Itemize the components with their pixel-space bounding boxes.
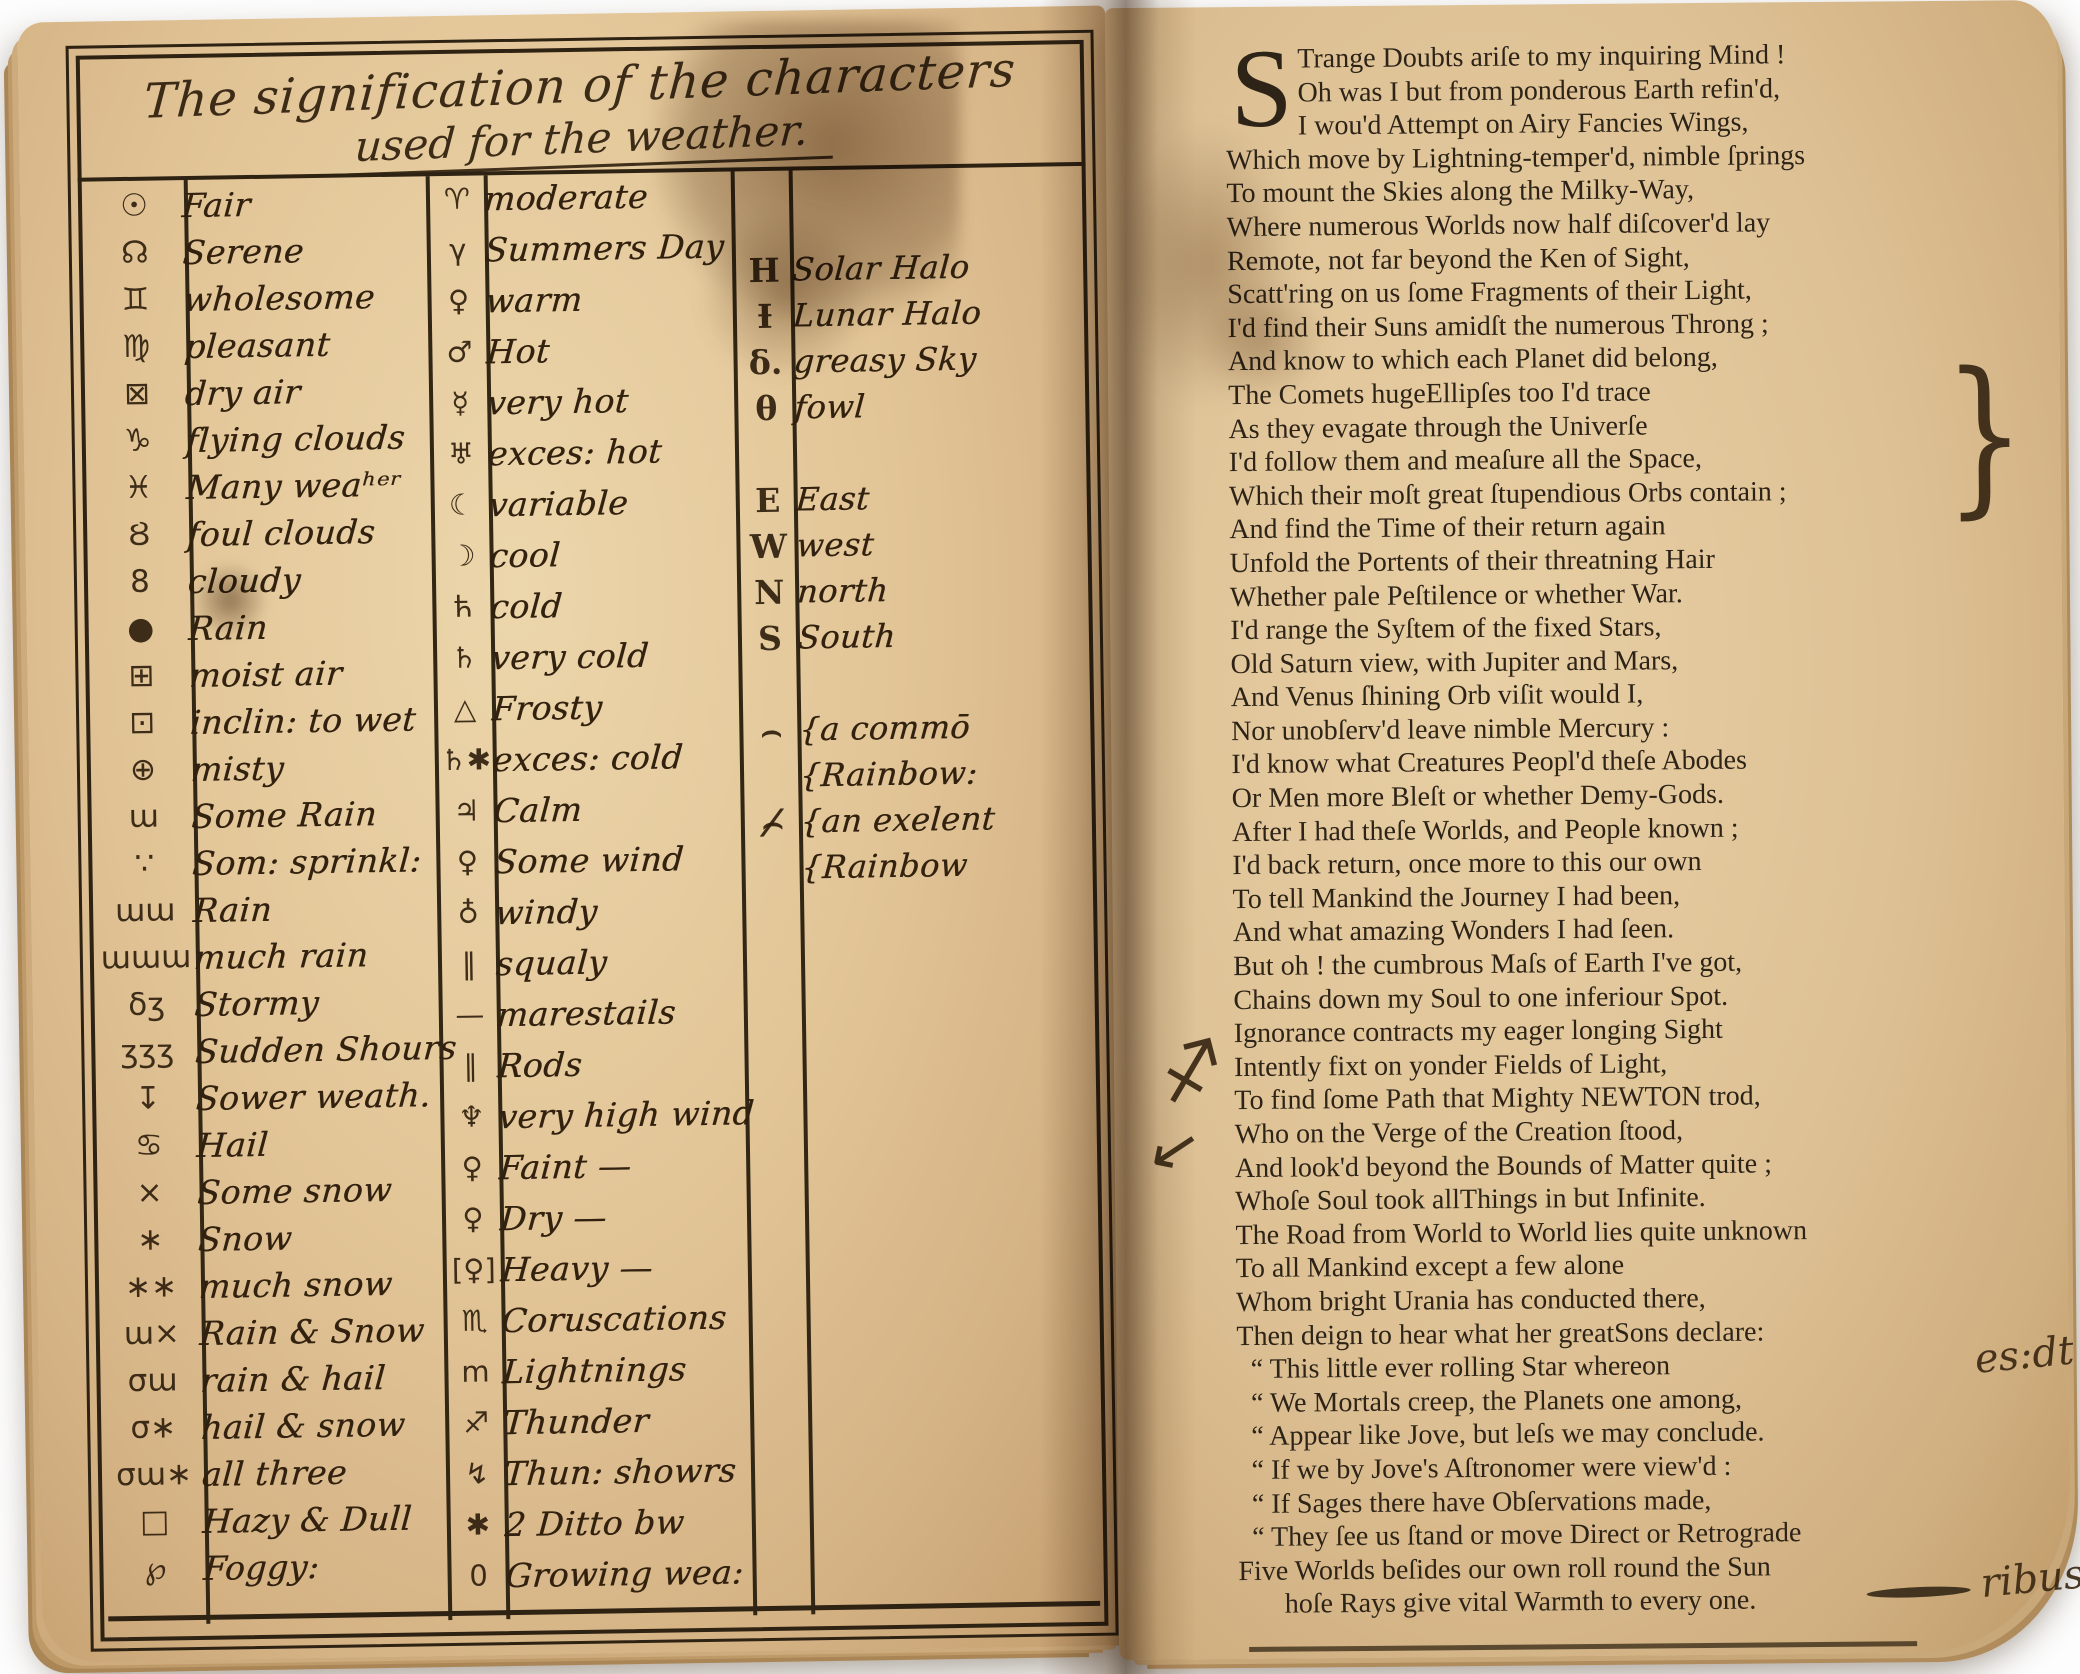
- weather-symbol-icon: ♓: [90, 472, 186, 505]
- margin-note: ribus: [1979, 1551, 2080, 1607]
- table-row: ɯ× Rain & Snow: [103, 1306, 442, 1358]
- weather-symbol-icon: ♅: [434, 439, 488, 469]
- weather-symbol-icon: ‖: [442, 949, 496, 979]
- table-row: ☉ Fair: [86, 178, 425, 230]
- weather-symbol-icon: [746, 867, 802, 868]
- table-row: ∥ Rods: [443, 1036, 743, 1092]
- weather-label: inclin: to wet: [189, 699, 434, 742]
- table-row: ∵ Som: sprinkl:: [96, 836, 435, 888]
- table-row: σɯ∗ all three: [106, 1447, 445, 1499]
- weather-label: very hot: [486, 379, 734, 422]
- weather-symbol-icon: ♊: [87, 284, 183, 317]
- table-row: — marestails: [442, 985, 742, 1041]
- weather-symbol-icon: 0: [451, 1561, 505, 1591]
- weather-label: cool: [488, 532, 736, 575]
- weather-label: Many weaʰᵉʳ: [185, 464, 430, 507]
- weather-symbol-icon: ☾: [435, 490, 489, 520]
- weather-label: foul clouds: [186, 511, 431, 554]
- table-row: δʒ Stormy: [98, 977, 437, 1029]
- weather-label: Hazy & Dull: [201, 1498, 446, 1541]
- table-row: ⊡ inclin: to wet: [94, 695, 433, 747]
- weather-symbol-icon: E: [740, 483, 797, 517]
- weather-label: west: [795, 522, 1087, 565]
- weather-symbol-icon: ♐: [449, 1408, 503, 1438]
- weather-symbol-icon: ♋: [101, 1130, 197, 1163]
- table-row: ♑ flying clouds: [89, 413, 428, 465]
- weather-symbol-icon: ћ: [436, 592, 490, 622]
- table-row: ⌢̸ {an exelent: [744, 794, 1090, 845]
- weather-label: very cold: [490, 634, 738, 677]
- weather-symbol-icon: W: [740, 529, 797, 563]
- weather-symbol-icon: ♄: [437, 643, 491, 673]
- table-row: [742, 656, 1088, 707]
- weather-label: greasy Sky: [792, 338, 1084, 381]
- weather-label: warm: [484, 277, 732, 320]
- poem: S Trange Doubts ariſe to my inquiring Mi…: [1225, 37, 1999, 1622]
- weather-symbol-icon: ☉: [86, 190, 182, 223]
- weather-label: [795, 449, 1084, 454]
- weather-label: Hot: [485, 328, 733, 371]
- table-row: ♁ windy: [441, 883, 741, 939]
- weather-label: squaly: [495, 940, 743, 983]
- table-row: θ fowl: [738, 380, 1084, 431]
- weather-symbol-icon: ⊕: [95, 754, 191, 787]
- weather-label: 2 Ditto bw: [503, 1501, 751, 1544]
- table-row: ↯ Thun: showrs: [450, 1444, 750, 1500]
- table-row: δ. greasy Sky: [737, 334, 1083, 385]
- table-row: ♀ Some wind: [440, 832, 740, 888]
- table-row: ☿ very hot: [433, 373, 733, 429]
- weather-symbol-icon: θ: [738, 391, 795, 425]
- table-row: S South: [742, 610, 1088, 661]
- table-row: {Rainbow: [745, 840, 1091, 891]
- weather-label: Faint —: [498, 1144, 746, 1187]
- weather-symbol-icon: ♃: [439, 796, 493, 826]
- table-row: ♃ Calm: [439, 781, 739, 837]
- weather-label: rain & hail: [199, 1357, 444, 1400]
- page-bottom-rule: [1249, 1641, 1917, 1652]
- weather-symbol-icon: δʒ: [98, 989, 194, 1022]
- weather-label: Summers Day: [483, 226, 731, 269]
- weather-symbol-icon: [743, 683, 799, 684]
- weather-label: Some Rain: [190, 793, 435, 836]
- weather-label: cloudy: [187, 558, 432, 601]
- weather-table: The signification of the characters used…: [76, 40, 1109, 1642]
- table-row: ♀ Faint —: [445, 1138, 745, 1194]
- table-row: ● Rain: [92, 601, 431, 653]
- weather-symbol-icon: ɯ: [95, 801, 191, 834]
- weather-label: Solar Halo: [791, 246, 1083, 289]
- weather-label: Rain: [187, 605, 432, 648]
- table-row: ⊕ misty: [95, 742, 434, 794]
- table-row: ⊠ dry air: [89, 366, 428, 418]
- weather-label: Some wind: [493, 838, 741, 881]
- table-row: ℘ Foggy:: [107, 1541, 446, 1593]
- weather-symbol-icon: ♁: [441, 898, 495, 928]
- weather-symbol-icon: ●: [92, 613, 188, 646]
- table-row: × Some snow: [101, 1165, 440, 1217]
- weather-label: Heavy —: [499, 1246, 747, 1289]
- weather-symbol-icon: ⊡: [94, 707, 190, 740]
- weather-label: hail & snow: [200, 1404, 445, 1447]
- weather-symbol-icon: ☽: [435, 541, 489, 571]
- weather-label: Som: sprinkl:: [191, 840, 436, 883]
- weather-label: Growing wea:: [504, 1552, 752, 1595]
- weather-label: Lunar Halo: [792, 292, 1084, 335]
- weather-symbol-icon: Ȣ: [91, 519, 187, 552]
- left-page: The signification of the characters used…: [17, 6, 1131, 1663]
- weather-symbol-icon: ℘: [107, 1553, 203, 1586]
- weather-label: exces: cold: [491, 736, 739, 779]
- table-row: σ∗ hail & snow: [105, 1400, 444, 1452]
- table-row: ɯɯɯ much rain: [98, 930, 437, 982]
- weather-label: {an exelent: [799, 798, 1091, 841]
- weather-symbol-icon: △: [438, 694, 492, 724]
- weather-label: cold: [489, 583, 737, 626]
- weather-symbol-icon: ✱: [451, 1510, 505, 1540]
- weather-label: much snow: [198, 1263, 443, 1306]
- weather-label: East: [794, 476, 1086, 519]
- weather-symbol-icon: ʒʒʒ: [99, 1036, 195, 1069]
- table-row: [739, 426, 1085, 477]
- weather-symbol-icon: ♍: [88, 331, 184, 364]
- symbol-column-2: ♈ moderate γ Summers Day ♀ warm ♂: [430, 169, 751, 1602]
- weather-symbol-icon: ♀: [440, 847, 494, 877]
- right-page: S Trange Doubts ariſe to my inquiring Mi…: [1105, 0, 2071, 1660]
- comet-brace: }: [1943, 350, 2026, 521]
- weather-symbol-icon: ♄✱: [439, 745, 493, 775]
- weather-label: dry air: [184, 370, 429, 413]
- table-row: ɯ Some Rain: [95, 789, 434, 841]
- table-row: ♀ Dry —: [446, 1189, 746, 1245]
- weather-label: {a commō: [798, 706, 1090, 749]
- weather-label: {Rainbow: [800, 844, 1092, 887]
- weather-label: Thun: showrs: [503, 1450, 751, 1493]
- weather-symbol-icon: [744, 775, 800, 776]
- weather-label: Snow: [197, 1216, 442, 1259]
- weather-label: all three: [201, 1451, 446, 1494]
- weather-symbol-icon: ⊠: [89, 378, 185, 411]
- weather-symbol-icon: ∗∗: [103, 1271, 199, 1304]
- weather-label: [799, 679, 1088, 684]
- weather-label: Serene: [181, 229, 426, 272]
- weather-symbol-icon: ⊞: [93, 660, 189, 693]
- table-row: H Solar Halo: [736, 242, 1082, 293]
- weather-label: Foggy:: [202, 1545, 447, 1588]
- handwritten-arrow-down-icon: ↙: [1142, 1107, 1207, 1189]
- weather-symbol-icon: σɯ: [104, 1365, 200, 1398]
- weather-symbol-icon: —: [443, 1000, 497, 1030]
- weather-symbol-icon: H: [736, 253, 793, 287]
- weather-label: north: [796, 568, 1088, 611]
- table-row: 8 cloudy: [92, 554, 431, 606]
- weather-symbol-icon: ⌢̸: [745, 805, 802, 839]
- weather-label: Stormy: [193, 981, 438, 1024]
- table-row: ɯɯ Rain: [97, 883, 436, 935]
- book-scan: The signification of the characters used…: [0, 0, 2080, 1674]
- table-row: ♏ Coruscations: [447, 1291, 747, 1347]
- table-row: ʒʒʒ Sudden Shours: [99, 1024, 438, 1076]
- weather-symbol-icon: S: [742, 621, 799, 655]
- symbol-column-3: H Solar Halo Ɨ Lunar Halo δ. greasy Sky: [736, 242, 1091, 891]
- weather-label: Dry —: [499, 1195, 747, 1238]
- table-row: ♆ very high wind: [444, 1087, 744, 1143]
- weather-symbol-icon: ☊: [87, 237, 183, 270]
- weather-symbol-icon: N: [741, 575, 798, 609]
- weather-symbol-icon: δ.: [737, 345, 794, 379]
- weather-symbol-icon: σɯ∗: [106, 1459, 202, 1492]
- weather-label: windy: [494, 889, 742, 932]
- weather-label: variable: [487, 481, 735, 524]
- weather-symbol-icon: ɯɯ: [97, 895, 193, 928]
- weather-label: Rain: [192, 887, 437, 930]
- table-row: 0 Growing wea:: [451, 1546, 751, 1602]
- weather-label: pleasant: [183, 323, 428, 366]
- weather-label: moderate: [483, 175, 731, 218]
- table-row: ♄ very cold: [437, 628, 737, 684]
- table-row: △ Frosty: [438, 679, 738, 735]
- table-row: γ Summers Day: [430, 220, 730, 276]
- table-row: ∗∗ much snow: [103, 1259, 442, 1311]
- table-row: □ Hazy & Dull: [106, 1494, 445, 1546]
- weather-label: Fair: [181, 182, 426, 225]
- weather-symbol-icon: ⌢: [743, 713, 800, 747]
- weather-label: Sower weath.: [195, 1075, 440, 1118]
- table-row: ♈ moderate: [430, 169, 730, 225]
- weather-symbol-icon: ☿: [433, 388, 487, 418]
- table-row: ♀ warm: [431, 271, 731, 327]
- weather-label: very high wind: [497, 1093, 756, 1136]
- weather-symbol-icon: ♑: [90, 425, 186, 458]
- weather-symbol-icon: ↯: [450, 1459, 504, 1489]
- weather-symbol-icon: ↧: [100, 1083, 196, 1116]
- table-row: N north: [741, 564, 1087, 615]
- table-row: ♍ pleasant: [88, 319, 427, 371]
- table-row: ♅ exces: hot: [434, 424, 734, 480]
- weather-label: Rain & Snow: [198, 1310, 443, 1353]
- weather-label: Rods: [496, 1042, 744, 1085]
- weather-symbol-icon: ∗: [102, 1224, 198, 1257]
- table-row: ☾ variable: [434, 475, 734, 531]
- weather-symbol-icon: ♂: [432, 337, 486, 367]
- weather-label: wholesome: [182, 276, 427, 319]
- symbol-column-1: ☉ Fair ☊ Serene ♊ wholesome ♍: [86, 178, 446, 1593]
- weather-label: Some snow: [196, 1169, 441, 1212]
- weather-symbol-icon: ♀: [445, 1153, 499, 1183]
- table-row: ↧ Sower weath.: [100, 1071, 439, 1123]
- weather-label: Coruscations: [500, 1297, 748, 1340]
- weather-label: {Rainbow:: [799, 752, 1091, 795]
- weather-label: Thunder: [502, 1399, 750, 1442]
- weather-symbol-icon: Ɨ: [737, 299, 794, 333]
- margin-note: es:dt: [1973, 1328, 2076, 1383]
- weather-label: fowl: [793, 384, 1085, 427]
- weather-label: Sudden Shours: [194, 1028, 458, 1071]
- weather-label: exces: hot: [487, 430, 735, 473]
- weather-symbol-icon: ♀: [446, 1204, 500, 1234]
- table-row: Ɨ Lunar Halo: [737, 288, 1083, 339]
- weather-label: Hail: [195, 1122, 440, 1165]
- table-row: ♄✱ exces: cold: [438, 730, 738, 786]
- poem-line: hoſe Rays give vital Warmth to every one…: [1239, 1582, 1999, 1622]
- table-row: ⊞ moist air: [93, 648, 432, 700]
- weather-label: marestails: [495, 991, 743, 1034]
- weather-symbol-icon: ∥: [443, 1051, 497, 1081]
- weather-symbol-icon: ♆: [444, 1102, 498, 1132]
- table-row: ♊ wholesome: [87, 272, 426, 324]
- weather-symbol-icon: γ: [431, 235, 485, 265]
- table-row: ♓ Many weaʰᵉʳ: [90, 460, 429, 512]
- weather-label: misty: [190, 746, 435, 789]
- weather-symbol-icon: [♀]: [447, 1255, 501, 1285]
- weather-symbol-icon: ∵: [96, 848, 192, 881]
- weather-symbol-icon: □: [107, 1506, 203, 1539]
- table-row: {Rainbow:: [744, 748, 1090, 799]
- table-row: ☽ cool: [435, 526, 735, 582]
- weather-symbol-icon: [739, 453, 795, 454]
- weather-symbol-icon: 8: [92, 566, 188, 599]
- weather-label: Frosty: [491, 685, 739, 728]
- weather-symbol-icon: ♀: [431, 286, 485, 316]
- weather-symbol-icon: ɯ×: [104, 1318, 200, 1351]
- weather-label: much rain: [192, 934, 437, 977]
- weather-symbol-icon: ɯɯɯ: [98, 942, 194, 975]
- bottom-rule: [108, 1601, 1100, 1622]
- table-row: [♀] Heavy —: [446, 1240, 746, 1296]
- table-row: σɯ rain & hail: [104, 1353, 443, 1405]
- weather-label: flying clouds: [184, 417, 429, 460]
- table-row: ⌢ {a commō: [743, 702, 1089, 753]
- weather-symbol-icon: σ∗: [105, 1412, 201, 1445]
- weather-label: Lightnings: [501, 1348, 749, 1391]
- weather-symbol-icon: ♈: [430, 184, 484, 214]
- table-row: m Lightnings: [448, 1342, 748, 1398]
- table-row: ћ cold: [436, 577, 736, 633]
- weather-label: South: [797, 614, 1089, 657]
- table-row: ✱ 2 Ditto bw: [450, 1495, 750, 1551]
- table-row: ♐ Thunder: [449, 1393, 749, 1449]
- table-row: ☊ Serene: [86, 225, 425, 277]
- weather-symbol-icon: ♏: [447, 1306, 501, 1336]
- table-row: Ȣ foul clouds: [91, 507, 430, 559]
- weather-symbol-icon: m: [448, 1357, 502, 1387]
- table-row: E East: [739, 472, 1085, 523]
- table-row: ♋ Hail: [100, 1118, 439, 1170]
- table-row: ∗ Snow: [102, 1212, 441, 1264]
- drop-cap: S: [1225, 43, 1298, 144]
- table-row: W west: [740, 518, 1086, 569]
- weather-symbol-icon: ×: [101, 1177, 197, 1210]
- table-row: ♂ Hot: [432, 322, 732, 378]
- table-row: ‖ squaly: [442, 934, 742, 990]
- weather-label: moist air: [188, 652, 433, 695]
- weather-label: Calm: [492, 787, 740, 830]
